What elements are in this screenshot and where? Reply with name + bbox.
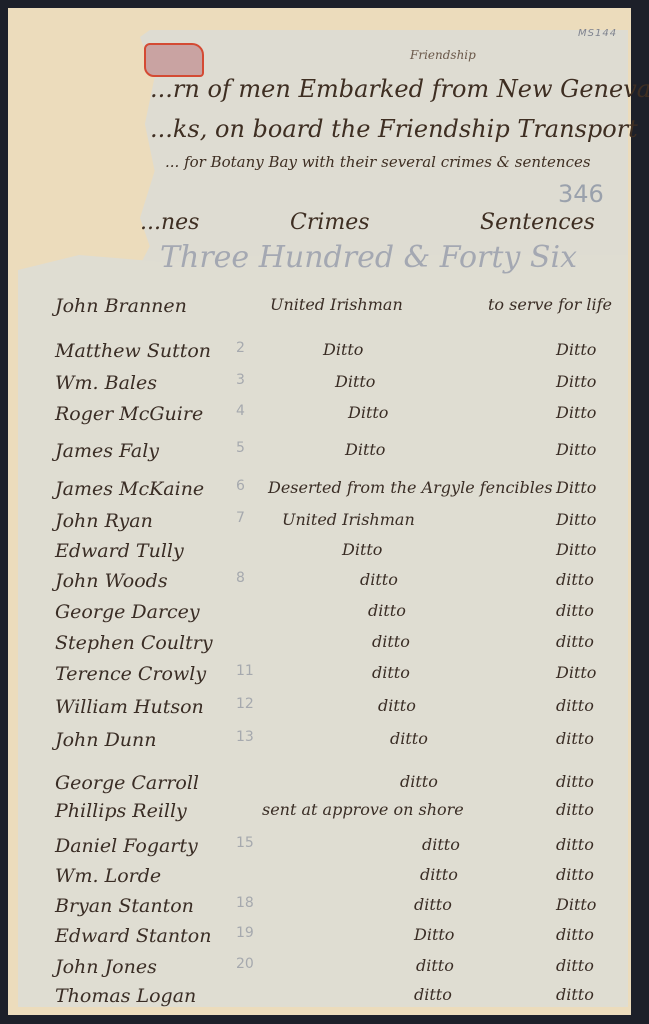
convict-name: James McKaine xyxy=(55,478,204,500)
pencil-index: 8 xyxy=(236,570,245,586)
title-line-2: ...ks, on board the Friendship Transport xyxy=(150,115,638,143)
sentence: Ditto xyxy=(556,663,596,682)
entry-row: John Woods8dittoditto xyxy=(0,570,649,600)
sentence: Ditto xyxy=(556,340,596,359)
sentence: ditto xyxy=(556,570,594,589)
crime: Ditto xyxy=(348,403,388,422)
sentence: Ditto xyxy=(556,372,596,391)
pencil-index: 3 xyxy=(236,372,245,388)
sentence: ditto xyxy=(556,956,594,975)
convict-name: Wm. Lorde xyxy=(55,865,161,887)
crime: ditto xyxy=(378,696,416,715)
crime: ditto xyxy=(372,632,410,651)
crime: sent at approve on shore xyxy=(262,800,464,819)
entry-row: Edward Stanton19Dittoditto xyxy=(0,925,649,955)
pencil-index: 20 xyxy=(236,956,254,972)
sentence: ditto xyxy=(556,729,594,748)
convict-name: John Dunn xyxy=(55,729,157,751)
convict-name: George Darcey xyxy=(55,601,200,623)
pencil-index: 11 xyxy=(236,663,254,679)
entry-row: George Darceydittoditto xyxy=(0,601,649,631)
convict-name: Matthew Sutton xyxy=(55,340,211,362)
entry-row: Bryan Stanton18dittoDitto xyxy=(0,895,649,925)
entry-row: Wm. Bales3DittoDitto xyxy=(0,372,649,402)
title-line-3: ... for Botany Bay with their several cr… xyxy=(165,153,591,171)
sentence: Ditto xyxy=(556,403,596,422)
entry-row: Edward TullyDittoDitto xyxy=(0,540,649,570)
entry-row: Phillips Reillysent at approve on shored… xyxy=(0,800,649,830)
convict-name: John Woods xyxy=(55,570,168,592)
entry-row: George Carrolldittoditto xyxy=(0,772,649,802)
crime: United Irishman xyxy=(282,510,415,529)
pencil-index: 7 xyxy=(236,510,245,526)
crime: ditto xyxy=(372,663,410,682)
sentence: Ditto xyxy=(556,478,596,497)
crime: ditto xyxy=(414,985,452,1004)
crime: Ditto xyxy=(323,340,363,359)
crime: United Irishman xyxy=(270,295,403,314)
pencil-index: 6 xyxy=(236,478,245,494)
entry-row: Daniel Fogarty15dittoditto xyxy=(0,835,649,865)
crime: Ditto xyxy=(345,440,385,459)
title-insertion: Friendship xyxy=(410,48,476,62)
convict-name: Roger McGuire xyxy=(55,403,203,425)
column-header-sentences: Sentences xyxy=(480,210,595,235)
sentence: Ditto xyxy=(556,895,596,914)
sentence: Ditto xyxy=(556,510,596,529)
reference-mark: MS144 xyxy=(578,28,617,39)
entry-row: John BrannenUnited Irishmanto serve for … xyxy=(0,295,649,325)
pencil-count: 346 xyxy=(558,180,604,208)
convict-name: Terence Crowly xyxy=(55,663,206,685)
sentence: ditto xyxy=(556,835,594,854)
pencil-index: 5 xyxy=(236,440,245,456)
sentence: ditto xyxy=(556,601,594,620)
crime: Ditto xyxy=(335,372,375,391)
sentence: ditto xyxy=(556,772,594,791)
sentence: ditto xyxy=(556,800,594,819)
sentence: ditto xyxy=(556,632,594,651)
convict-name: James Faly xyxy=(55,440,159,462)
entry-row: John Jones20dittoditto xyxy=(0,956,649,986)
crime: ditto xyxy=(360,570,398,589)
entry-row: Terence Crowly11dittoDitto xyxy=(0,663,649,693)
crime: Ditto xyxy=(414,925,454,944)
convict-name: Bryan Stanton xyxy=(55,895,194,917)
pencil-index: 12 xyxy=(236,696,254,712)
entry-row: Matthew Sutton2DittoDitto xyxy=(0,340,649,370)
crime: ditto xyxy=(420,865,458,884)
convict-name: Edward Tully xyxy=(55,540,184,562)
crime: ditto xyxy=(390,729,428,748)
pencil-index: 13 xyxy=(236,729,254,745)
convict-name: George Carroll xyxy=(55,772,199,794)
sentence: ditto xyxy=(556,925,594,944)
sentence: ditto xyxy=(556,696,594,715)
convict-name: John Ryan xyxy=(55,510,153,532)
convict-name: Edward Stanton xyxy=(55,925,211,947)
pencil-index: 2 xyxy=(236,340,245,356)
crime: ditto xyxy=(416,956,454,975)
convict-name: William Hutson xyxy=(55,696,204,718)
entry-row: John Dunn13dittoditto xyxy=(0,729,649,759)
convict-name: John Jones xyxy=(55,956,157,978)
red-wax-seal-remnant xyxy=(144,43,204,77)
sentence: ditto xyxy=(556,865,594,884)
pencil-total: Three Hundred & Forty Six xyxy=(160,240,577,275)
entry-row: Wm. Lordedittoditto xyxy=(0,865,649,895)
sentence: ditto xyxy=(556,985,594,1004)
pencil-index: 18 xyxy=(236,895,254,911)
convict-name: Wm. Bales xyxy=(55,372,157,394)
entry-row: John Ryan7United IrishmanDitto xyxy=(0,510,649,540)
crime: ditto xyxy=(400,772,438,791)
convict-name: Stephen Coultry xyxy=(55,632,213,654)
entry-row: James McKaine6Deserted from the Argyle f… xyxy=(0,478,649,508)
convict-name: Thomas Logan xyxy=(55,985,196,1007)
pencil-index: 4 xyxy=(236,403,245,419)
crime: Deserted from the Argyle fencibles xyxy=(268,478,553,497)
entry-row: Thomas Logandittoditto xyxy=(0,985,649,1015)
sentence: Ditto xyxy=(556,440,596,459)
column-header-names: ...nes xyxy=(140,210,199,235)
convict-name: Daniel Fogarty xyxy=(55,835,198,857)
entry-row: Roger McGuire4DittoDitto xyxy=(0,403,649,433)
convict-name: John Brannen xyxy=(55,295,187,317)
column-header-crimes: Crimes xyxy=(290,210,370,235)
sentence: to serve for life xyxy=(488,295,612,314)
title-line-1: ...rn of men Embarked from New Geneva xyxy=(150,75,649,103)
entry-row: Stephen Coultrydittoditto xyxy=(0,632,649,662)
pencil-index: 15 xyxy=(236,835,254,851)
crime: ditto xyxy=(368,601,406,620)
entry-row: William Hutson12dittoditto xyxy=(0,696,649,726)
sentence: Ditto xyxy=(556,540,596,559)
entry-row: James Faly5DittoDitto xyxy=(0,440,649,470)
convict-name: Phillips Reilly xyxy=(55,800,187,822)
pencil-index: 19 xyxy=(236,925,254,941)
crime: Ditto xyxy=(342,540,382,559)
crime: ditto xyxy=(414,895,452,914)
crime: ditto xyxy=(422,835,460,854)
